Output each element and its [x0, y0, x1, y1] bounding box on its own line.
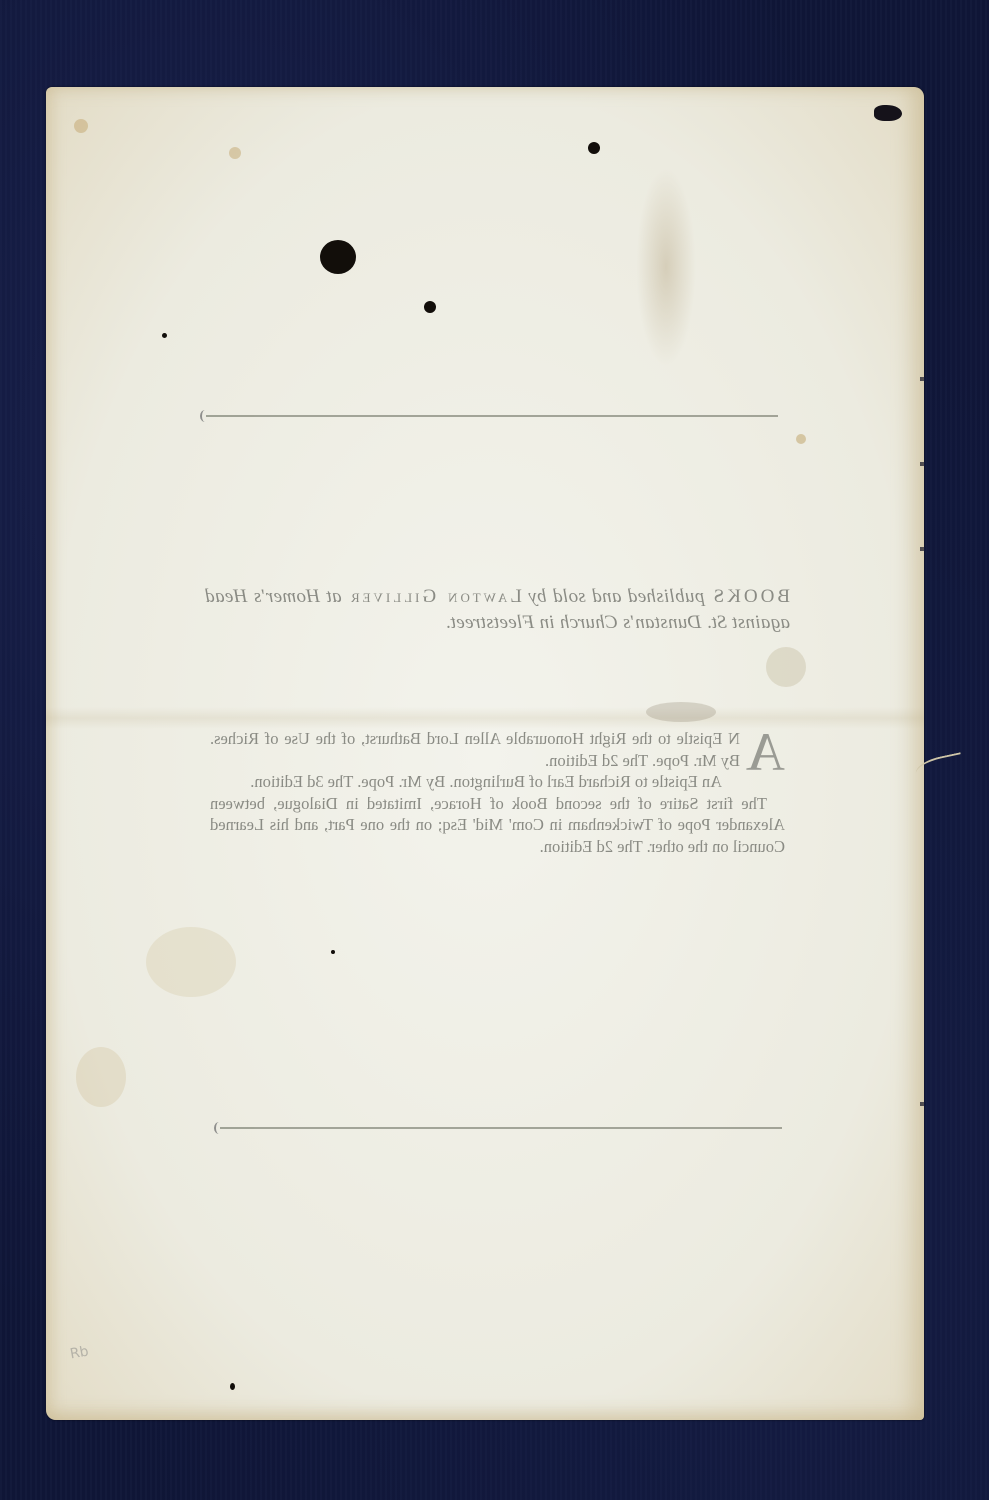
foxing-spot — [76, 1047, 126, 1107]
edge-notch — [920, 377, 926, 381]
publisher-heading: BOOKS published and sold by Lawton Gilli… — [205, 584, 790, 636]
edge-notch — [920, 1102, 926, 1106]
book-entry-text: The first Satire of the second Book of H… — [210, 794, 785, 856]
foxing-spot — [146, 927, 236, 997]
edge-notch — [920, 547, 926, 551]
foxing-spot — [74, 119, 88, 133]
foxing-spot — [766, 647, 806, 687]
foxing-spot — [636, 167, 696, 367]
heading-publisher: Lawton Gilliver — [348, 586, 522, 607]
torn-corner — [874, 105, 902, 121]
foxing-spot — [646, 702, 716, 722]
bottom-rule — [220, 1127, 782, 1129]
worm-hole — [162, 333, 167, 338]
foxing-spot — [229, 147, 241, 159]
book-entry: A N Epistle to the Right Honourable Alle… — [210, 728, 785, 771]
pencil-note: Rb — [69, 1344, 90, 1363]
horizontal-fold-line — [46, 707, 924, 729]
worm-hole — [588, 142, 600, 154]
worm-hole — [230, 1383, 235, 1390]
book-entry-text: N Epistle to the Right Honourable Allen … — [210, 729, 740, 770]
worm-hole — [424, 301, 436, 313]
book-entry: An Epistle to Richard Earl of Burlington… — [210, 771, 785, 793]
heading-line: published and sold by — [528, 586, 704, 607]
book-entry-text: An Epistle to Richard Earl of Burlington… — [250, 772, 722, 791]
drop-cap: A — [746, 730, 785, 774]
heading-books: BOOKS — [711, 586, 790, 607]
book-list: A N Epistle to the Right Honourable Alle… — [210, 728, 785, 857]
edge-notch — [920, 462, 926, 466]
worm-hole — [331, 950, 335, 954]
worm-hole — [320, 240, 356, 274]
book-entry: The first Satire of the second Book of H… — [210, 793, 785, 858]
top-rule — [206, 415, 778, 417]
foxing-spot — [796, 434, 806, 444]
